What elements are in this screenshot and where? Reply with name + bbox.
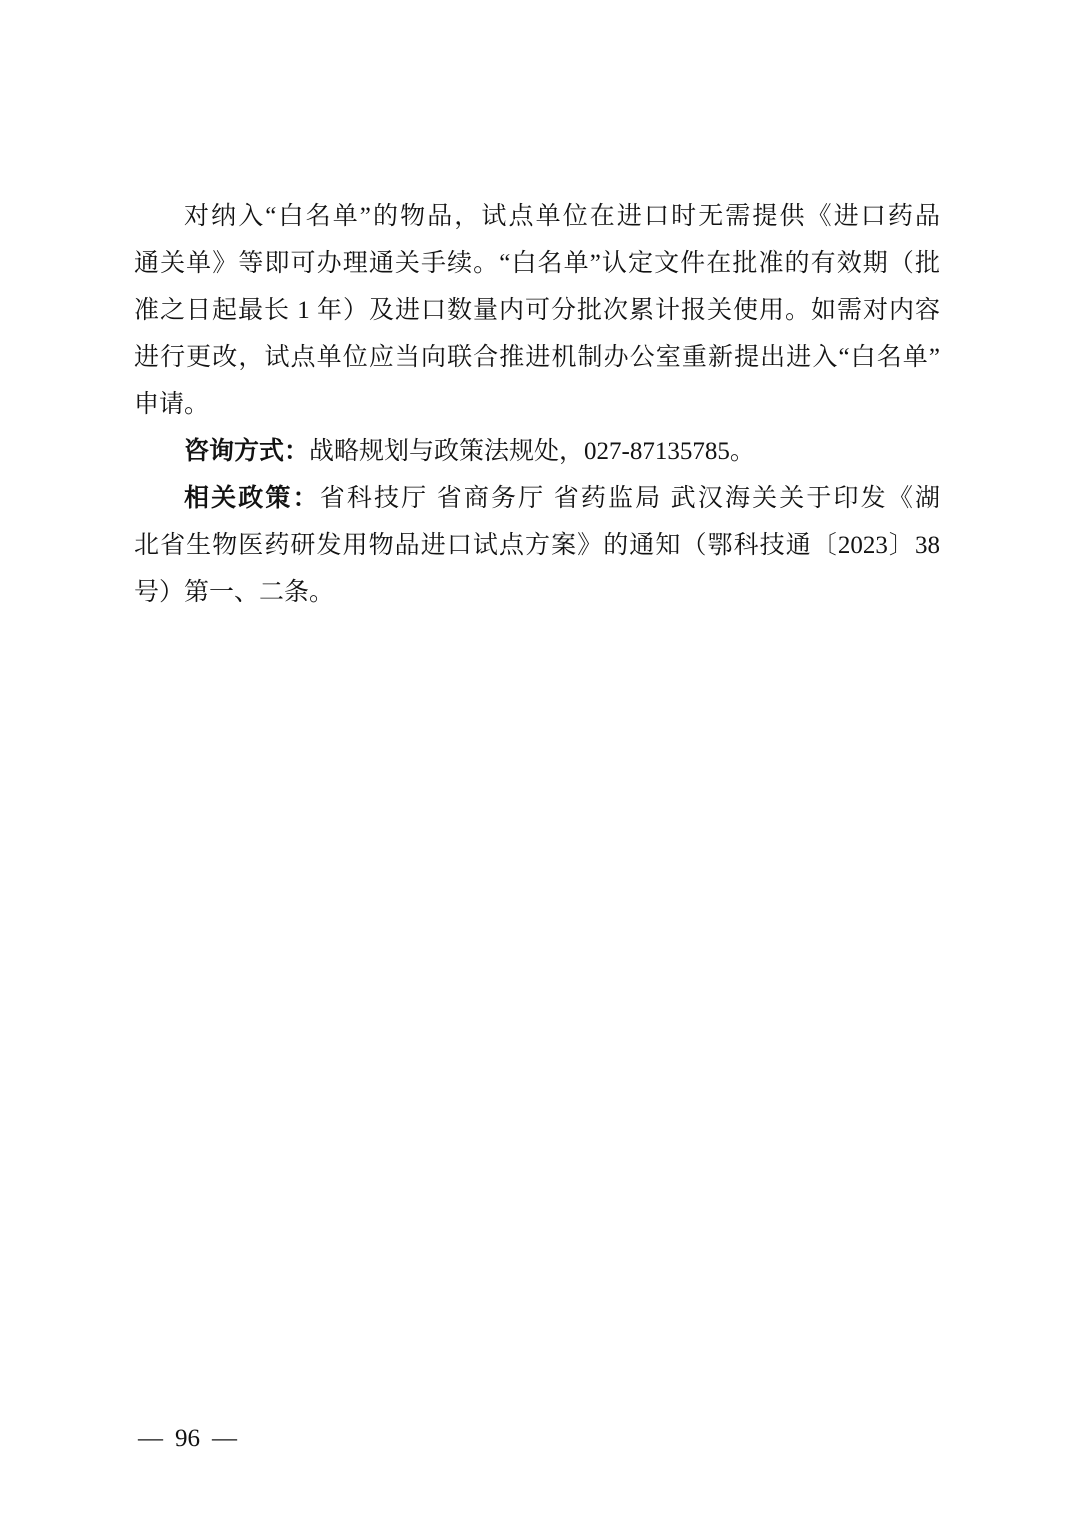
paragraph1-line2: 通关单》等即可办理通关手续。“白名单”认定文件在批准的有效期（批 — [134, 240, 940, 287]
footer-right-dash: — — [212, 1425, 237, 1452]
paragraph1-line3: 准之日起最长 1 年）及进口数量内可分批次累计报关使用。如需对内容 — [134, 287, 940, 334]
consultation-line: 咨询方式：战略规划与政策法规处，027-87135785。 — [134, 428, 940, 475]
paragraph1-line4: 进行更改，试点单位应当向联合推进机制办公室重新提出进入“白名单” — [134, 334, 940, 381]
paragraph1-line1: 对纳入“白名单”的物品，试点单位在进口时无需提供《进口药品 — [134, 193, 940, 240]
policy-line2: 北省生物医药研发用物品进口试点方案》的通知（鄂科技通〔2023〕38 — [134, 522, 940, 569]
page-number: 96 — [175, 1425, 200, 1452]
page-footer: —96— — [138, 1425, 237, 1453]
policy-line3: 号）第一、二条。 — [134, 569, 940, 616]
paragraph1-line5: 申请。 — [134, 381, 940, 428]
policy-text-line1: 省科技厅 省商务厅 省药监局 武汉海关关于印发《湖 — [320, 485, 940, 512]
policy-line1: 相关政策：省科技厅 省商务厅 省药监局 武汉海关关于印发《湖 — [134, 475, 940, 522]
policy-label: 相关政策： — [184, 485, 320, 512]
consultation-label: 咨询方式： — [184, 438, 309, 465]
consultation-text: 战略规划与政策法规处，027-87135785。 — [309, 438, 755, 465]
footer-left-dash: — — [138, 1425, 163, 1452]
document-body: 对纳入“白名单”的物品，试点单位在进口时无需提供《进口药品 通关单》等即可办理通… — [134, 193, 940, 616]
document-page: 对纳入“白名单”的物品，试点单位在进口时无需提供《进口药品 通关单》等即可办理通… — [0, 0, 1074, 1520]
